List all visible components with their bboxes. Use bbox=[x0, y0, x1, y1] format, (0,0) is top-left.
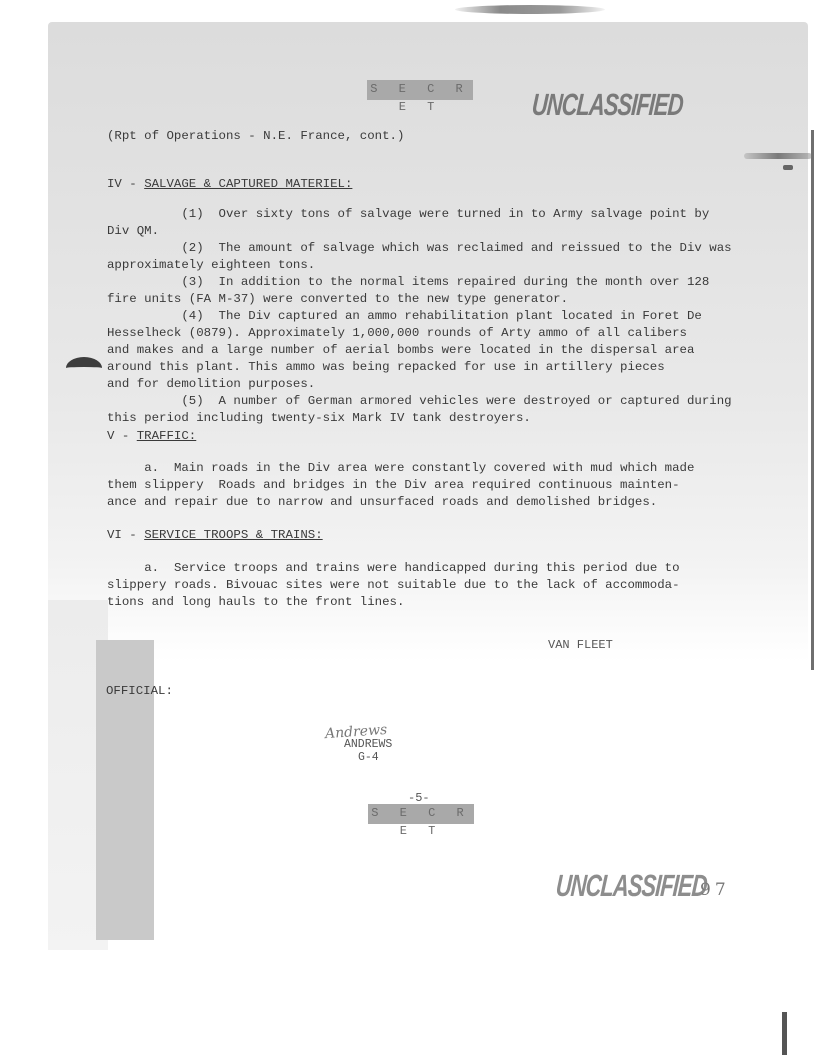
scan-smudge bbox=[455, 5, 605, 14]
section-number: VI - bbox=[107, 528, 137, 542]
hole-punch-mark bbox=[66, 357, 102, 379]
page-number: -5- bbox=[408, 791, 430, 805]
page-edge-line bbox=[811, 130, 814, 670]
signer-title: G-4 bbox=[358, 751, 379, 764]
section-title: TRAFFIC: bbox=[137, 429, 197, 443]
section-heading-v: V - TRAFFIC: bbox=[107, 428, 196, 445]
unclassified-stamp-bottom: UNCLASSIFIED bbox=[555, 868, 708, 904]
margin-pencil-mark bbox=[783, 165, 793, 170]
section-title: SERVICE TROOPS & TRAINS: bbox=[144, 528, 322, 542]
signer-name: ANDREWS bbox=[344, 738, 392, 751]
section-number: V - bbox=[107, 429, 129, 443]
page-edge-line-bottom bbox=[782, 1012, 787, 1055]
official-label: OFFICIAL: bbox=[106, 684, 173, 698]
paragraph-iv-5: (5) A number of German armored vehicles … bbox=[107, 393, 732, 427]
continuation-title: (Rpt of Operations - N.E. France, cont.) bbox=[107, 128, 404, 145]
paragraph-iv-2: (2) The amount of salvage which was recl… bbox=[107, 240, 732, 274]
section-heading-iv: IV - SALVAGE & CAPTURED MATERIEL: bbox=[107, 176, 352, 193]
margin-pencil-mark bbox=[744, 153, 812, 159]
section-title: SALVAGE & CAPTURED MATERIEL: bbox=[144, 177, 352, 191]
paragraph-iv-4: (4) The Div captured an ammo rehabilitat… bbox=[107, 308, 702, 393]
paragraph-iv-1: (1) Over sixty tons of salvage were turn… bbox=[107, 206, 709, 240]
secret-stamp-top: S E C R E T bbox=[367, 80, 473, 100]
paragraph-vi-a: a. Service troops and trains were handic… bbox=[107, 560, 680, 611]
section-number: IV - bbox=[107, 177, 137, 191]
unclassified-stamp-top: UNCLASSIFIED bbox=[531, 87, 684, 123]
handwritten-page-number: 97 bbox=[700, 880, 730, 900]
paragraph-iv-3: (3) In addition to the normal items repa… bbox=[107, 274, 709, 308]
paragraph-v-a: a. Main roads in the Div area were const… bbox=[107, 460, 694, 511]
commander-signature: VAN FLEET bbox=[548, 638, 613, 652]
secret-stamp-bottom: S E C R E T bbox=[368, 804, 474, 824]
section-heading-vi: VI - SERVICE TROOPS & TRAINS: bbox=[107, 527, 323, 544]
